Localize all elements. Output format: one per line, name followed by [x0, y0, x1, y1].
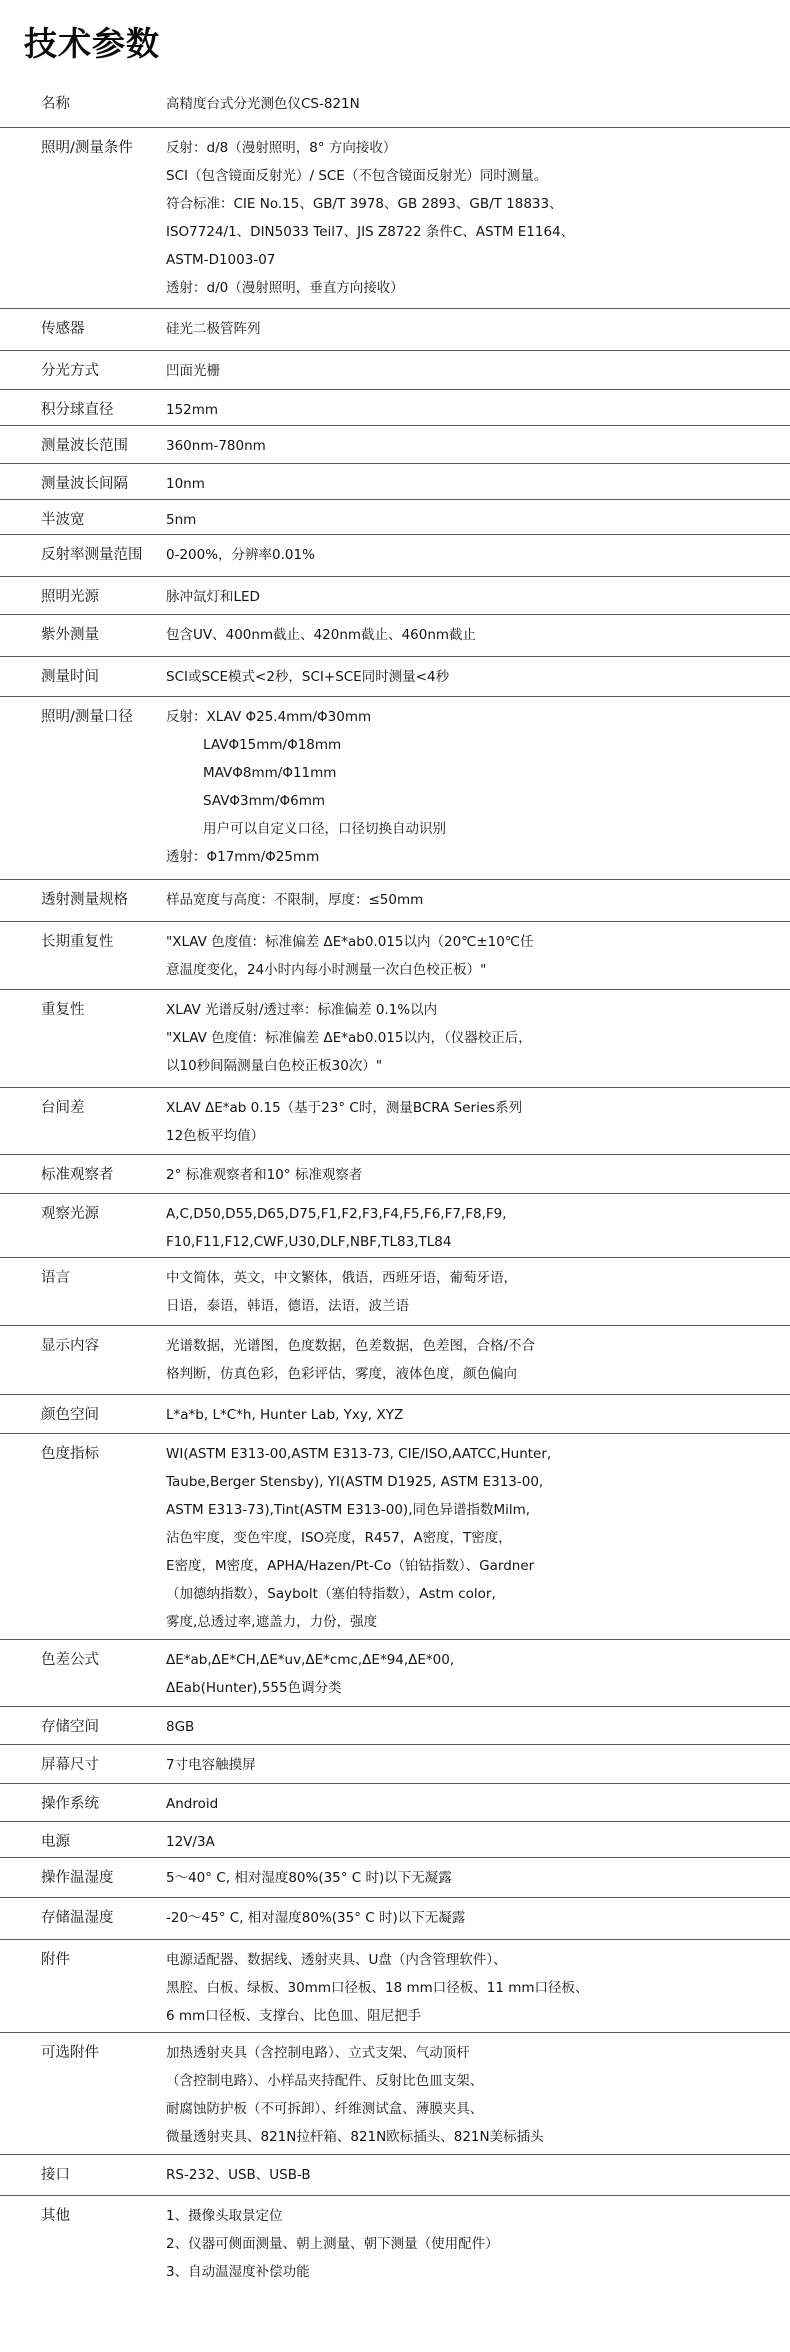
spec-row: 显示内容光谱数据，光谱图，色度数据，色差数据，色差图，合格/不合格判断，仿真色彩… — [0, 1326, 790, 1395]
spec-value-line: 透射：Φ17mm/Φ25mm — [166, 843, 784, 871]
spec-row: 电源12V/3A — [0, 1822, 790, 1858]
spec-value-line: （含控制电路）、小样品夹持配件、反射比色皿支架、 — [166, 2067, 784, 2095]
spec-row: 分光方式凹面光栅 — [0, 351, 790, 390]
spec-label: 可选附件 — [0, 2033, 166, 2154]
spec-value-line: F10,F11,F12,CWF,U30,DLF,NBF,TL83,TL84 — [166, 1228, 784, 1256]
spec-row: 重复性XLAV 光谱反射/透过率：标准偏差 0.1%以内"XLAV 色度值：标准… — [0, 990, 790, 1088]
spec-label: 测量时间 — [0, 657, 166, 696]
spec-value: 10nm — [166, 464, 790, 499]
spec-row: 语言中文简体，英文，中文繁体，俄语，西班牙语，葡萄牙语，日语，泰语，韩语，德语，… — [0, 1258, 790, 1326]
spec-value-line: RS-232、USB、USB-B — [166, 2161, 784, 2189]
spec-label: 测量波长间隔 — [0, 464, 166, 499]
spec-value-line: SCI或SCE模式<2秒，SCI+SCE同时测量<4秒 — [166, 663, 784, 691]
spec-value: 高精度台式分光测色仪CS-821N — [166, 84, 790, 127]
spec-value: 包含UV、400nm截止、420nm截止、460nm截止 — [166, 615, 790, 656]
spec-value-line: SAVΦ3mm/Φ6mm — [166, 787, 784, 815]
spec-value-line: 7寸电容触摸屏 — [166, 1751, 784, 1779]
spec-label: 半波宽 — [0, 500, 166, 534]
spec-value-line: 意温度变化，24小时内每小时测量一次白色校正板）" — [166, 956, 784, 984]
spec-label: 分光方式 — [0, 351, 166, 389]
spec-value-line: 5nm — [166, 506, 784, 534]
spec-value-line: XLAV ΔE*ab 0.15（基于23° C时，测量BCRA Series系列 — [166, 1094, 784, 1122]
spec-label: 观察光源 — [0, 1194, 166, 1257]
spec-value-line: 用户可以自定义口径，口径切换自动识别 — [166, 815, 784, 843]
spec-label: 色差公式 — [0, 1640, 166, 1706]
spec-value: 中文简体，英文，中文繁体，俄语，西班牙语，葡萄牙语，日语，泰语，韩语，德语，法语… — [166, 1258, 790, 1325]
spec-value-line: 微量透射夹具、821N拉杆箱、821N欧标插头、821N美标插头 — [166, 2123, 784, 2151]
spec-value-line: 反射：XLAV Φ25.4mm/Φ30mm — [166, 703, 784, 731]
spec-row: 色度指标WI(ASTM E313-00,ASTM E313-73, CIE/IS… — [0, 1434, 790, 1640]
spec-label: 反射率测量范围 — [0, 535, 166, 576]
spec-row: 照明/测量条件反射：d/8（漫射照明，8° 方向接收）SCI（包含镜面反射光）/… — [0, 128, 790, 309]
spec-value-line: 3、自动温湿度补偿功能 — [166, 2258, 784, 2286]
spec-value: 7寸电容触摸屏 — [166, 1745, 790, 1783]
spec-value-line: MAVΦ8mm/Φ11mm — [166, 759, 784, 787]
spec-value: XLAV ΔE*ab 0.15（基于23° C时，测量BCRA Series系列… — [166, 1088, 790, 1154]
spec-row: 存储温湿度-20～45° C, 相对湿度80%(35° C 时)以下无凝露 — [0, 1898, 790, 1940]
spec-value: -20～45° C, 相对湿度80%(35° C 时)以下无凝露 — [166, 1898, 790, 1939]
spec-row: 附件电源适配器、数据线、透射夹具、U盘（内含管理软件）、黑腔、白板、绿板、30m… — [0, 1940, 790, 2033]
spec-value-line: -20～45° C, 相对湿度80%(35° C 时)以下无凝露 — [166, 1904, 784, 1932]
spec-value-line: 中文简体，英文，中文繁体，俄语，西班牙语，葡萄牙语， — [166, 1264, 784, 1292]
spec-label: 色度指标 — [0, 1434, 166, 1639]
spec-row: 屏幕尺寸7寸电容触摸屏 — [0, 1745, 790, 1784]
spec-row: 名称高精度台式分光测色仪CS-821N — [0, 84, 790, 128]
spec-value-line: 152mm — [166, 396, 784, 424]
spec-row: 可选附件加热透射夹具（含控制电路）、立式支架、气动顶杆（含控制电路）、小样品夹持… — [0, 2033, 790, 2155]
spec-value: 2° 标准观察者和10° 标准观察者 — [166, 1155, 790, 1193]
spec-value-line: 360nm-780nm — [166, 432, 784, 460]
spec-label: 测量波长范围 — [0, 426, 166, 463]
spec-value-line: （加德纳指数），Saybolt（塞伯特指数），Astm color, — [166, 1580, 784, 1608]
spec-value-line: 沾色牢度，变色牢度，ISO亮度，R457，A密度，T密度， — [166, 1524, 784, 1552]
spec-value-line: Taube,Berger Stensby), YI(ASTM D1925, AS… — [166, 1468, 784, 1496]
spec-value-line: 光谱数据，光谱图，色度数据，色差数据，色差图，合格/不合 — [166, 1332, 784, 1360]
spec-label: 照明/测量口径 — [0, 697, 166, 879]
spec-value: 8GB — [166, 1707, 790, 1744]
spec-value-line: 包含UV、400nm截止、420nm截止、460nm截止 — [166, 621, 784, 649]
spec-label: 存储空间 — [0, 1707, 166, 1744]
spec-value: 硅光二极管阵列 — [166, 309, 790, 350]
spec-table: 名称高精度台式分光测色仪CS-821N照明/测量条件反射：d/8（漫射照明，8°… — [0, 84, 790, 2296]
spec-value: 反射：XLAV Φ25.4mm/Φ30mmLAVΦ15mm/Φ18mmMAVΦ8… — [166, 697, 790, 879]
spec-value: "XLAV 色度值：标准偏差 ΔE*ab0.015以内（20℃±10℃任意温度变… — [166, 922, 790, 989]
spec-value-line: 格判断，仿真色彩，色彩评估，雾度，液体色度，颜色偏向 — [166, 1360, 784, 1388]
spec-label: 操作系统 — [0, 1784, 166, 1821]
spec-label: 名称 — [0, 84, 166, 127]
spec-row: 紫外测量包含UV、400nm截止、420nm截止、460nm截止 — [0, 615, 790, 657]
spec-value-line: ASTM-D1003-07 — [166, 246, 784, 274]
spec-value-line: 符合标准：CIE No.15、GB/T 3978、GB 2893、GB/T 18… — [166, 190, 784, 218]
spec-value-line: 1、摄像头取景定位 — [166, 2202, 784, 2230]
spec-label: 其他 — [0, 2196, 166, 2296]
spec-value: 5nm — [166, 500, 790, 534]
spec-row: 台间差XLAV ΔE*ab 0.15（基于23° C时，测量BCRA Serie… — [0, 1088, 790, 1155]
spec-value-line: 电源适配器、数据线、透射夹具、U盘（内含管理软件）、 — [166, 1946, 784, 1974]
spec-value-line: E密度，M密度，APHA/Hazen/Pt-Co（铂钴指数）、Gardner — [166, 1552, 784, 1580]
spec-value-line: 以10秒间隔测量白色校正板30次）" — [166, 1052, 784, 1080]
spec-value: ΔE*ab,ΔE*CH,ΔE*uv,ΔE*cmc,ΔE*94,ΔE*00,ΔEa… — [166, 1640, 790, 1706]
spec-value-line: LAVΦ15mm/Φ18mm — [166, 731, 784, 759]
spec-value: 360nm-780nm — [166, 426, 790, 463]
spec-value-line: WI(ASTM E313-00,ASTM E313-73, CIE/ISO,AA… — [166, 1440, 784, 1468]
spec-row: 积分球直径152mm — [0, 390, 790, 426]
spec-label: 积分球直径 — [0, 390, 166, 425]
spec-label: 照明光源 — [0, 577, 166, 614]
spec-label: 显示内容 — [0, 1326, 166, 1394]
spec-label: 操作温湿度 — [0, 1858, 166, 1897]
spec-value: Android — [166, 1784, 790, 1821]
spec-value-line: 6 mm口径板、支撑台、比色皿、阻尼把手 — [166, 2002, 784, 2030]
spec-label: 语言 — [0, 1258, 166, 1325]
spec-label: 照明/测量条件 — [0, 128, 166, 308]
spec-label: 存储温湿度 — [0, 1898, 166, 1939]
spec-value: 样品宽度与高度：不限制，厚度：≤50mm — [166, 880, 790, 921]
spec-value-line: 高精度台式分光测色仪CS-821N — [166, 90, 784, 118]
spec-value: 光谱数据，光谱图，色度数据，色差数据，色差图，合格/不合格判断，仿真色彩，色彩评… — [166, 1326, 790, 1394]
spec-label: 透射测量规格 — [0, 880, 166, 921]
spec-value: 0-200%，分辨率0.01% — [166, 535, 790, 576]
spec-value-line: ASTM E313-73),Tint(ASTM E313-00),同色异谱指数M… — [166, 1496, 784, 1524]
spec-value-line: "XLAV 色度值：标准偏差 ΔE*ab0.015以内（20℃±10℃任 — [166, 928, 784, 956]
spec-row: 测量时间SCI或SCE模式<2秒，SCI+SCE同时测量<4秒 — [0, 657, 790, 697]
spec-label: 长期重复性 — [0, 922, 166, 989]
spec-value-line: 耐腐蚀防护板（不可拆卸）、纤维测试盒、薄膜夹具、 — [166, 2095, 784, 2123]
spec-row: 长期重复性"XLAV 色度值：标准偏差 ΔE*ab0.015以内（20℃±10℃… — [0, 922, 790, 990]
spec-value-line: 日语，泰语，韩语，德语，法语，波兰语 — [166, 1292, 784, 1320]
spec-value-line: A,C,D50,D55,D65,D75,F1,F2,F3,F4,F5,F6,F7… — [166, 1200, 784, 1228]
spec-row: 半波宽5nm — [0, 500, 790, 535]
spec-label: 电源 — [0, 1822, 166, 1857]
spec-row: 照明/测量口径反射：XLAV Φ25.4mm/Φ30mmLAVΦ15mm/Φ18… — [0, 697, 790, 880]
spec-value-line: 12V/3A — [166, 1828, 784, 1856]
spec-value: 加热透射夹具（含控制电路）、立式支架、气动顶杆（含控制电路）、小样品夹持配件、反… — [166, 2033, 790, 2154]
spec-value: XLAV 光谱反射/透过率：标准偏差 0.1%以内"XLAV 色度值：标准偏差 … — [166, 990, 790, 1087]
spec-value-line: 12色板平均值） — [166, 1122, 784, 1150]
spec-value: 152mm — [166, 390, 790, 425]
spec-value-line: L*a*b, L*C*h, Hunter Lab, Yxy, XYZ — [166, 1401, 784, 1429]
spec-row: 操作系统Android — [0, 1784, 790, 1822]
spec-label: 标准观察者 — [0, 1155, 166, 1193]
spec-value-line: 样品宽度与高度：不限制，厚度：≤50mm — [166, 886, 784, 914]
spec-value: RS-232、USB、USB-B — [166, 2155, 790, 2195]
spec-value-line: 8GB — [166, 1713, 784, 1741]
spec-row: 操作温湿度5～40° C, 相对湿度80%(35° C 时)以下无凝露 — [0, 1858, 790, 1898]
spec-value: L*a*b, L*C*h, Hunter Lab, Yxy, XYZ — [166, 1395, 790, 1433]
spec-value-line: 脉冲氙灯和LED — [166, 583, 784, 611]
spec-value-line: ΔEab(Hunter),555色调分类 — [166, 1674, 784, 1702]
spec-label: 紫外测量 — [0, 615, 166, 656]
spec-value-line: SCI（包含镜面反射光）/ SCE（不包含镜面反射光）同时测量。 — [166, 162, 784, 190]
spec-label: 重复性 — [0, 990, 166, 1087]
spec-value-line: 凹面光栅 — [166, 357, 784, 385]
spec-value-line: 硅光二极管阵列 — [166, 315, 784, 343]
spec-value-line: 雾度,总透过率,遮盖力，力份，强度 — [166, 1608, 784, 1636]
spec-row: 颜色空间L*a*b, L*C*h, Hunter Lab, Yxy, XYZ — [0, 1395, 790, 1434]
spec-label: 接口 — [0, 2155, 166, 2195]
spec-value-line: "XLAV 色度值：标准偏差 ΔE*ab0.015以内，（仪器校正后， — [166, 1024, 784, 1052]
spec-label: 屏幕尺寸 — [0, 1745, 166, 1783]
spec-value-line: 2° 标准观察者和10° 标准观察者 — [166, 1161, 784, 1189]
spec-value: 凹面光栅 — [166, 351, 790, 389]
spec-value-line: 2、仪器可侧面测量、朝上测量、朝下测量（使用配件） — [166, 2230, 784, 2258]
spec-value-line: 5～40° C, 相对湿度80%(35° C 时)以下无凝露 — [166, 1864, 784, 1892]
spec-row: 照明光源脉冲氙灯和LED — [0, 577, 790, 615]
spec-value: SCI或SCE模式<2秒，SCI+SCE同时测量<4秒 — [166, 657, 790, 696]
spec-value-line: ISO7724/1、DIN5033 Teil7、JIS Z8722 条件C、AS… — [166, 218, 784, 246]
spec-row: 测量波长间隔10nm — [0, 464, 790, 500]
spec-value: WI(ASTM E313-00,ASTM E313-73, CIE/ISO,AA… — [166, 1434, 790, 1639]
spec-row: 色差公式ΔE*ab,ΔE*CH,ΔE*uv,ΔE*cmc,ΔE*94,ΔE*00… — [0, 1640, 790, 1707]
spec-label: 台间差 — [0, 1088, 166, 1154]
spec-row: 其他1、摄像头取景定位2、仪器可侧面测量、朝上测量、朝下测量（使用配件）3、自动… — [0, 2196, 790, 2296]
spec-row: 观察光源A,C,D50,D55,D65,D75,F1,F2,F3,F4,F5,F… — [0, 1194, 790, 1258]
spec-value: 12V/3A — [166, 1822, 790, 1857]
spec-label: 附件 — [0, 1940, 166, 2032]
spec-value: 1、摄像头取景定位2、仪器可侧面测量、朝上测量、朝下测量（使用配件）3、自动温湿… — [166, 2196, 790, 2296]
spec-row: 存储空间8GB — [0, 1707, 790, 1745]
spec-value-line: 10nm — [166, 470, 784, 498]
spec-label: 颜色空间 — [0, 1395, 166, 1433]
spec-row: 测量波长范围360nm-780nm — [0, 426, 790, 464]
spec-value-line: 加热透射夹具（含控制电路）、立式支架、气动顶杆 — [166, 2039, 784, 2067]
page-title: 技术参数 — [24, 22, 160, 66]
spec-value: 脉冲氙灯和LED — [166, 577, 790, 614]
spec-value-line: 黑腔、白板、绿板、30mm口径板、18 mm口径板、11 mm口径板、 — [166, 1974, 784, 2002]
spec-value-line: XLAV 光谱反射/透过率：标准偏差 0.1%以内 — [166, 996, 784, 1024]
spec-value: A,C,D50,D55,D65,D75,F1,F2,F3,F4,F5,F6,F7… — [166, 1194, 790, 1257]
spec-value: 5～40° C, 相对湿度80%(35° C 时)以下无凝露 — [166, 1858, 790, 1897]
spec-value-line: 反射：d/8（漫射照明，8° 方向接收） — [166, 134, 784, 162]
spec-value-line: 0-200%，分辨率0.01% — [166, 541, 784, 569]
spec-row: 接口RS-232、USB、USB-B — [0, 2155, 790, 2196]
spec-value: 反射：d/8（漫射照明，8° 方向接收）SCI（包含镜面反射光）/ SCE（不包… — [166, 128, 790, 308]
spec-row: 标准观察者2° 标准观察者和10° 标准观察者 — [0, 1155, 790, 1194]
spec-row: 透射测量规格样品宽度与高度：不限制，厚度：≤50mm — [0, 880, 790, 922]
spec-row: 反射率测量范围0-200%，分辨率0.01% — [0, 535, 790, 577]
spec-value: 电源适配器、数据线、透射夹具、U盘（内含管理软件）、黑腔、白板、绿板、30mm口… — [166, 1940, 790, 2032]
spec-row: 传感器硅光二极管阵列 — [0, 309, 790, 351]
spec-value-line: ΔE*ab,ΔE*CH,ΔE*uv,ΔE*cmc,ΔE*94,ΔE*00, — [166, 1646, 784, 1674]
spec-label: 传感器 — [0, 309, 166, 350]
spec-value-line: 透射：d/0（漫射照明，垂直方向接收） — [166, 274, 784, 302]
spec-value-line: Android — [166, 1790, 784, 1818]
